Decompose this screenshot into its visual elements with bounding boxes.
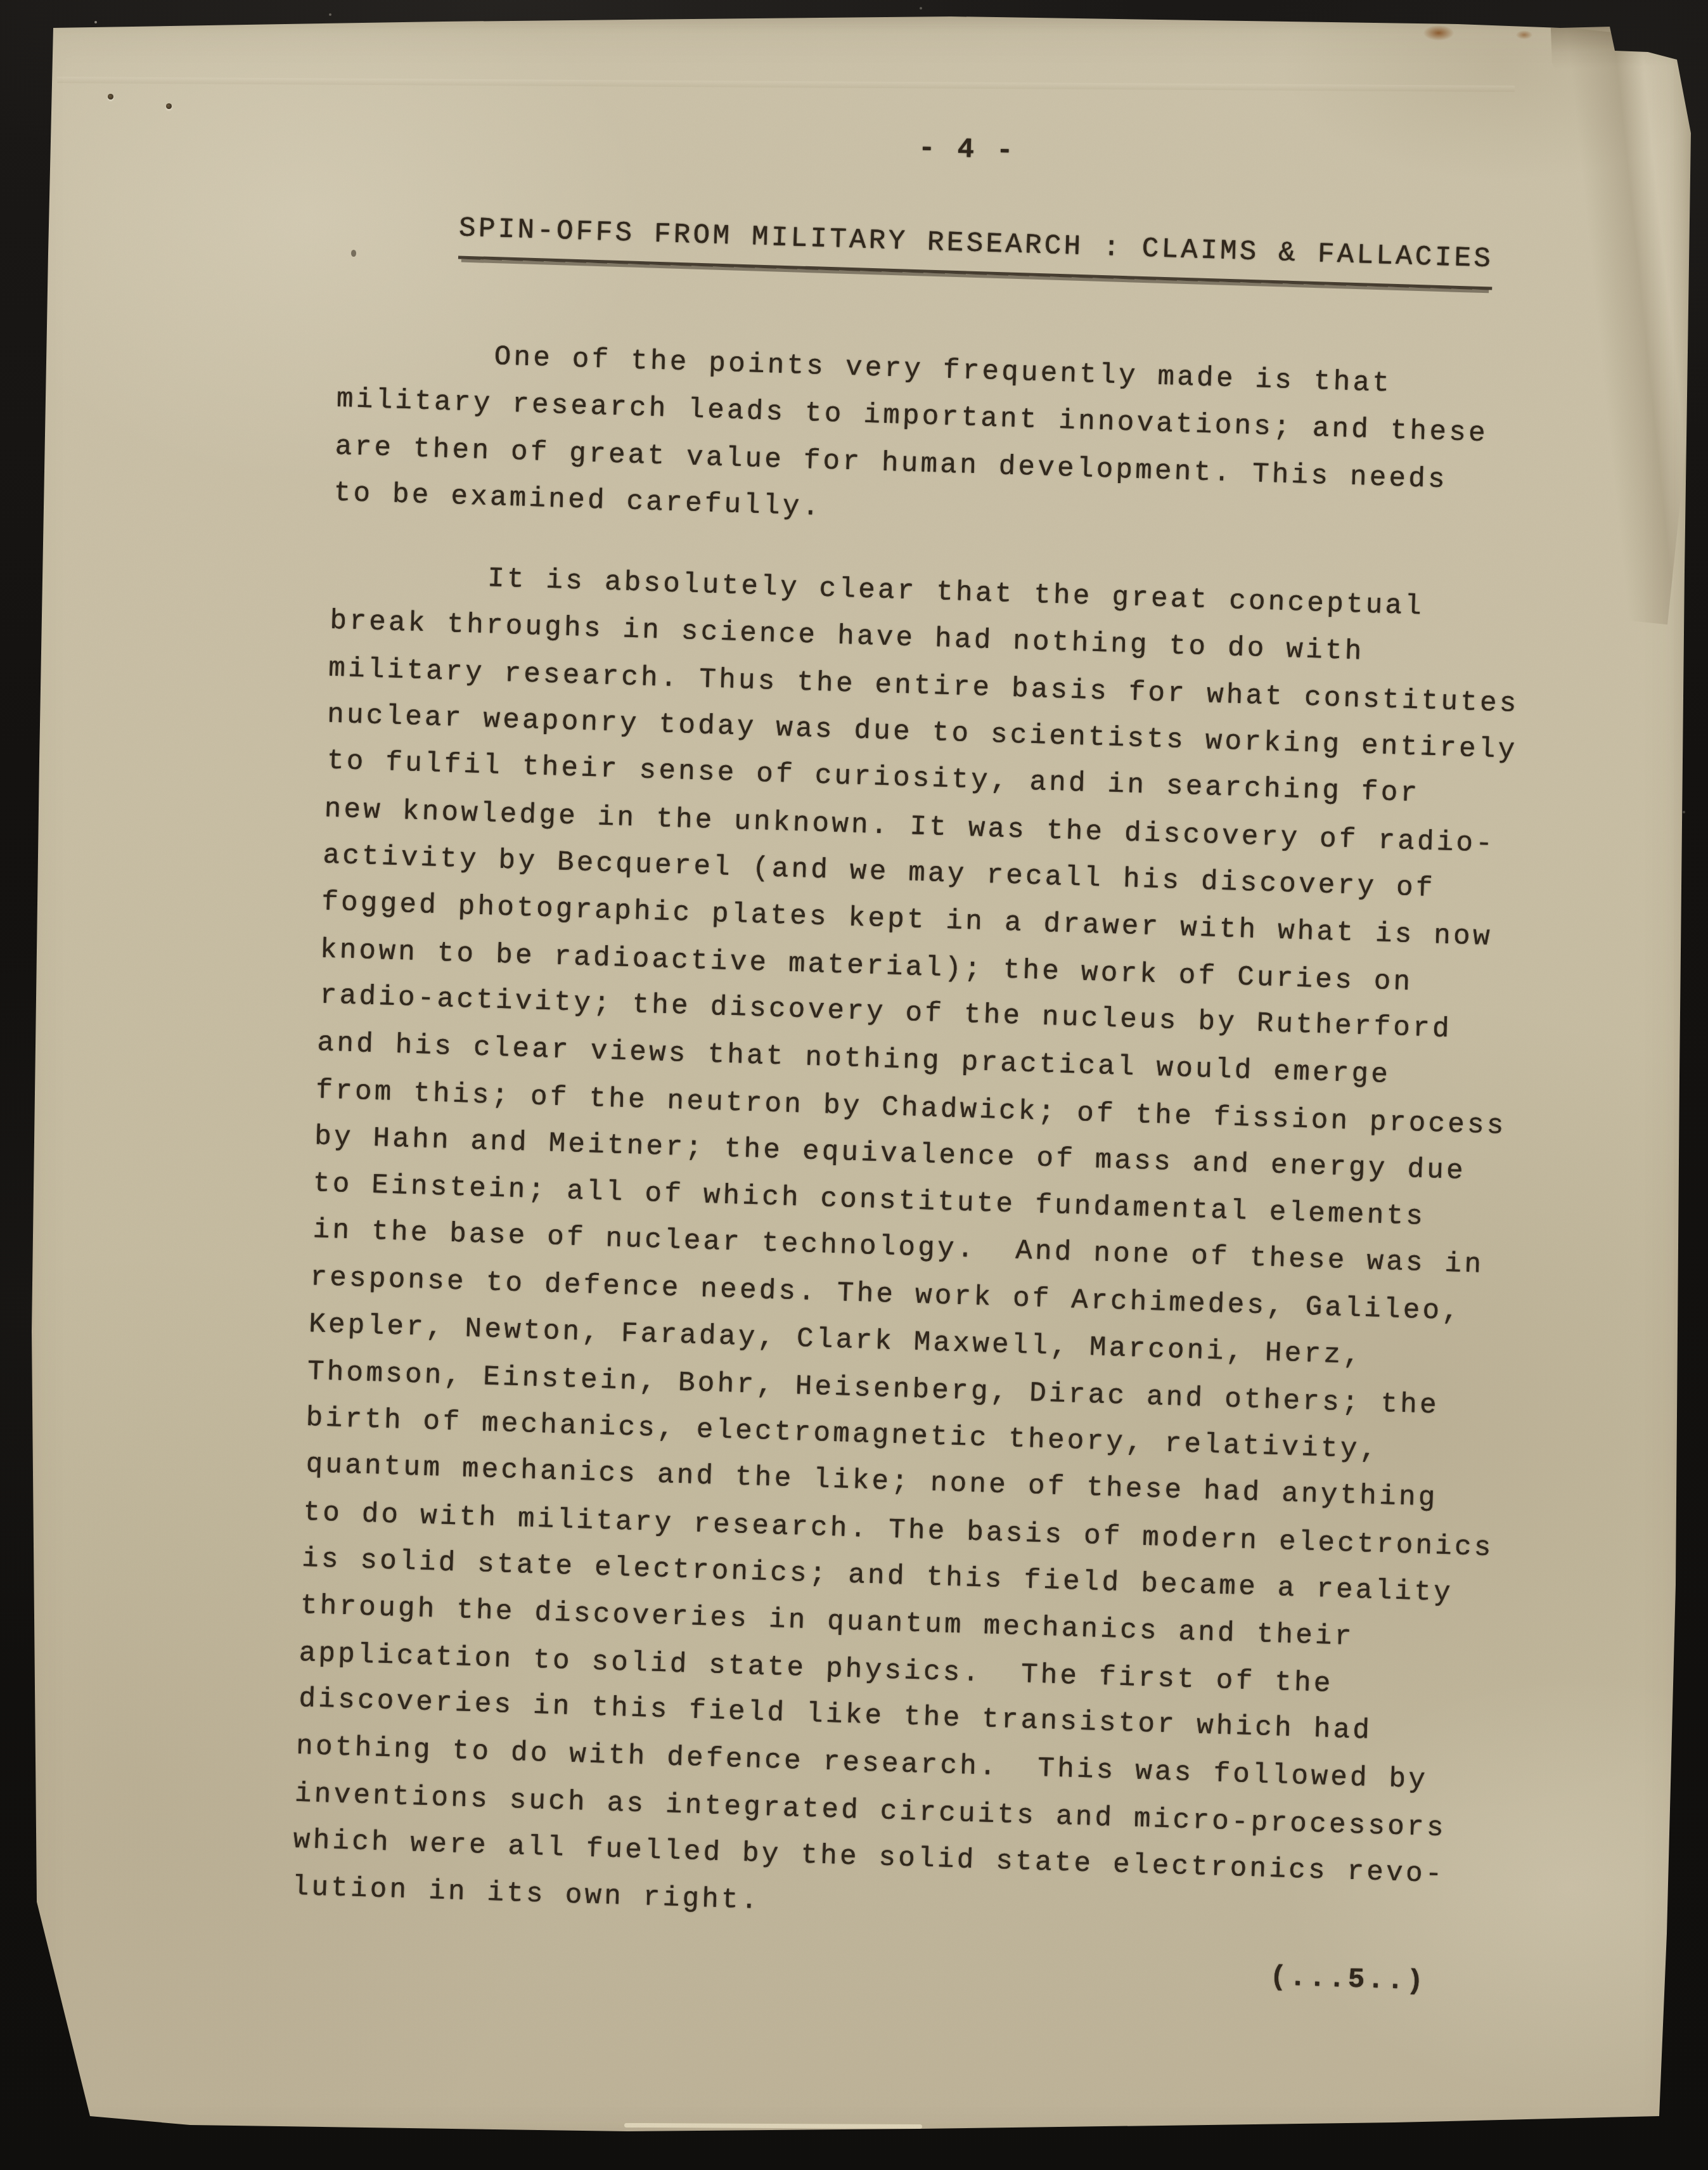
pin-hole <box>166 103 172 109</box>
top-edge-crease <box>57 77 1515 92</box>
underlying-page-edge <box>624 2123 922 2129</box>
document-title-text: SPIN-OFFS FROM MILITARY RESEARCH : CLAIM… <box>458 205 1494 290</box>
paragraph: One of the points very frequently made i… <box>333 329 1584 554</box>
pin-hole <box>108 94 113 100</box>
dust-specks <box>0 0 1 1</box>
paragraph: It is absolutely clear that the great co… <box>292 551 1577 1948</box>
rust-stain <box>1423 25 1454 41</box>
rust-stain <box>1516 30 1532 39</box>
document-page: - 4 - SPIN-OFFS FROM MILITARY RESEARCH :… <box>0 0 1708 2170</box>
typed-text-block: - 4 - SPIN-OFFS FROM MILITARY RESEARCH :… <box>290 108 1590 2009</box>
